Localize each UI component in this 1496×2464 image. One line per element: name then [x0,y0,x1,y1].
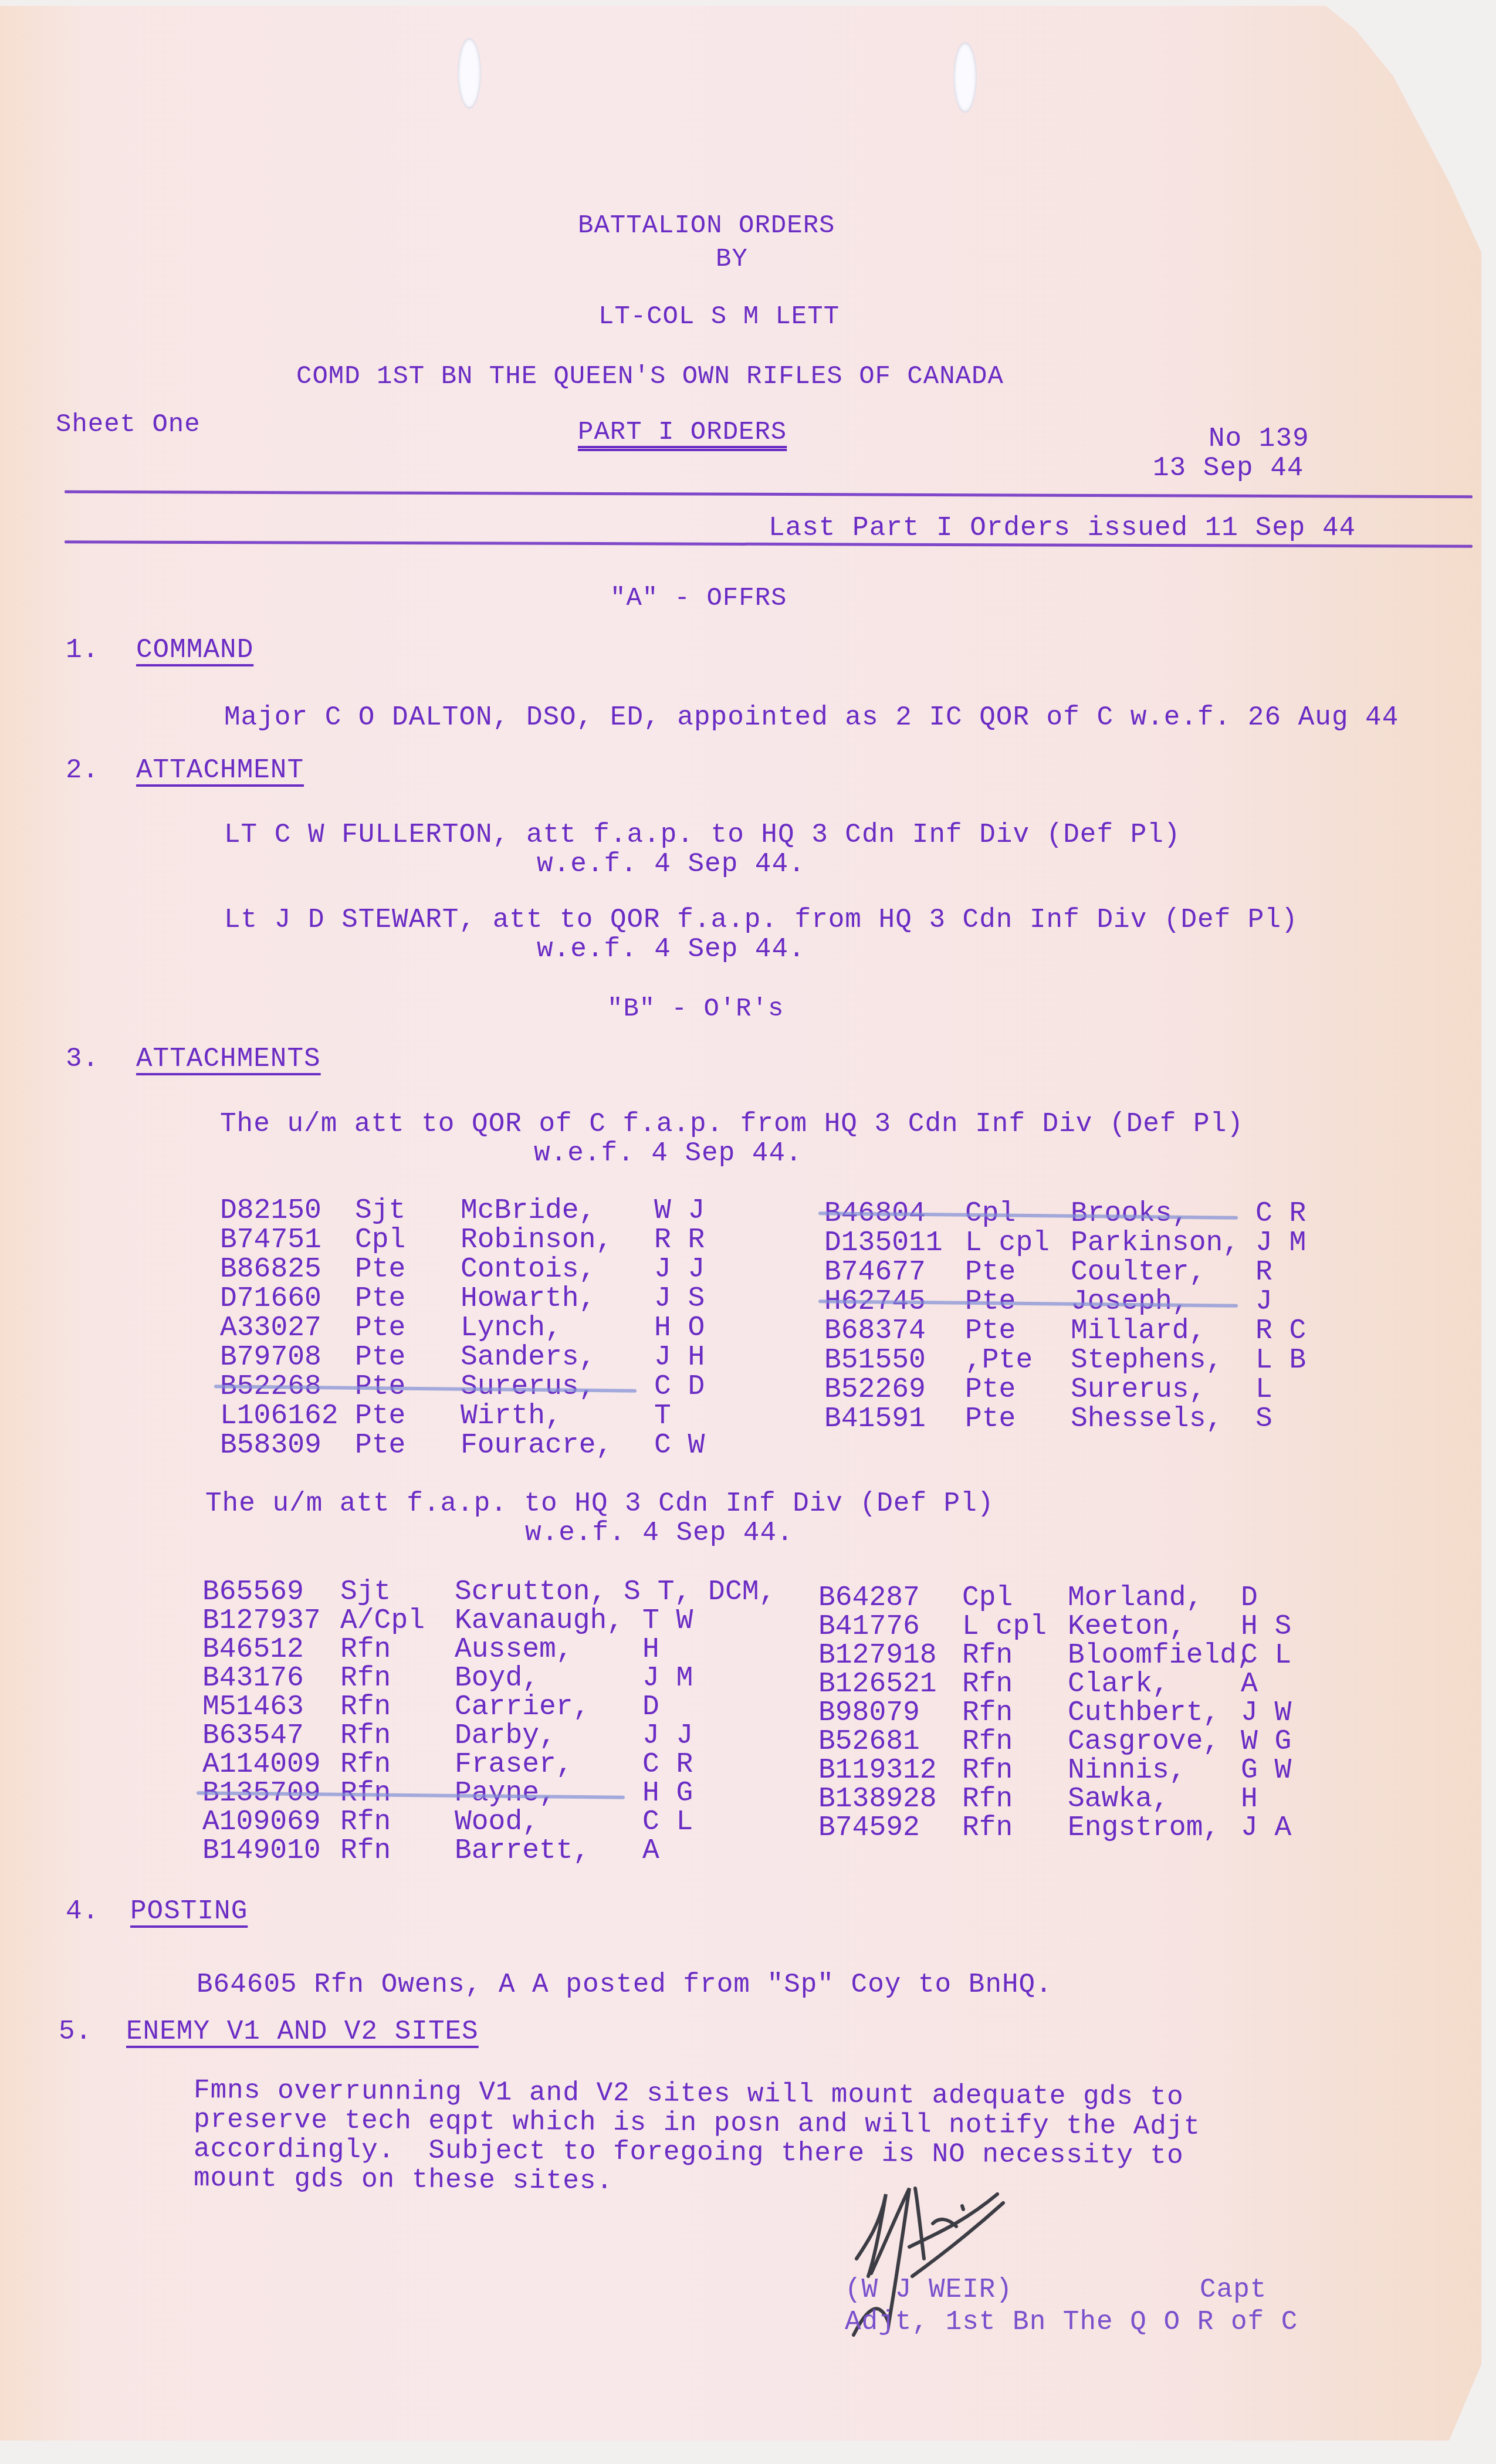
signatory-appointment: Adjt, 1st Bn The Q O R of C [845,2309,1298,2336]
attachment-entry-line2: w.e.f. 4 Sep 44. [537,851,805,878]
initials: H G [642,1779,693,1808]
initials: A [642,1837,659,1865]
service-number: B74751 [220,1226,321,1254]
rank: A/Cpl [340,1607,425,1635]
item-title-v-sites: ENEMY V1 AND V2 SITES [126,2018,479,2045]
rank: L cpl [962,1613,1047,1641]
service-number: B86825 [220,1255,321,1284]
item-number: 3. [66,1045,99,1072]
surname: Darby, [455,1722,556,1750]
rank: Pte [355,1285,405,1313]
rank: Pte [355,1255,405,1284]
service-number: L106162 [220,1402,339,1430]
sheet-label: Sheet One [56,412,201,438]
rank: ,Pte [965,1346,1033,1375]
surname: Stephens, [1071,1346,1223,1375]
commander-name: LT-COL S M LETT [598,304,840,330]
order-date: 13 Sep 44 [1153,455,1304,482]
initials: L [1255,1376,1272,1404]
service-number: B74677 [824,1258,926,1287]
rank: Rfn [340,1751,391,1779]
service-number: B149010 [202,1837,321,1865]
group2-intro: The u/m att f.a.p. to HQ 3 Cdn Inf Div (… [205,1490,994,1517]
surname: Parkinson, [1071,1229,1240,1257]
surname: Carrier, [455,1693,590,1721]
initials: T W [642,1607,693,1635]
service-number: B41591 [824,1405,926,1433]
rank: Pte [965,1376,1016,1404]
initials: C R [1255,1200,1306,1228]
service-number: B43176 [202,1664,304,1693]
section-a-heading: "A" - OFFRS [610,585,787,611]
rank: Cpl [962,1584,1013,1612]
rank: Rfn [340,1664,391,1693]
attachment-entry-line1: Lt J D STEWART, att to QOR f.a.p. from H… [224,906,1298,933]
rank: Rfn [962,1670,1013,1698]
rank: Rfn [340,1837,391,1865]
initials: J H [654,1343,705,1372]
surname: Cuthbert, [1068,1699,1220,1727]
surname: Lynch, [461,1314,562,1342]
rank: Rfn [340,1808,391,1836]
initials: W J [654,1197,705,1225]
initials: J A [1241,1814,1291,1842]
item-number: 5. [59,2018,92,2045]
surname: Clark, [1068,1670,1169,1698]
rank: Pte [355,1402,405,1430]
service-number: B74592 [818,1814,920,1842]
order-number: No 139 [1209,425,1309,452]
rank: Rfn [962,1641,1013,1670]
surname: Fouracre, [461,1431,612,1460]
section-b-heading: "B" - O'R's [607,996,784,1022]
initials: D [642,1693,659,1721]
service-number: B52681 [818,1728,920,1756]
surname: Aussem, [455,1636,573,1664]
initials: R [1255,1258,1272,1287]
signatory-name: (W J WEIR) [845,2276,1013,2303]
rank: Pte [355,1431,405,1460]
initials: H [642,1636,659,1664]
command-text: Major C O DALTON, DSO, ED, appointed as … [224,704,1399,731]
group1-intro-date: w.e.f. 4 Sep 44. [534,1140,803,1167]
initials: R C [1255,1317,1306,1345]
initials: H S [1241,1613,1291,1641]
surname: Joseph, [1071,1288,1189,1316]
initials: C L [1241,1641,1291,1670]
item-number: 2. [66,757,99,784]
rank: Rfn [340,1636,391,1664]
initials: G W [1241,1756,1291,1785]
initials: C W [654,1431,705,1460]
surname: Wood, [455,1808,539,1836]
item-title-posting: POSTING [130,1898,248,1925]
initials: C D [654,1373,705,1401]
item-title-attachments: ATTACHMENTS [136,1045,321,1072]
service-number: A109069 [202,1808,321,1836]
group2-intro-date: w.e.f. 4 Sep 44. [525,1519,794,1546]
rank: Pte [965,1317,1016,1345]
surname: Fraser, [455,1751,573,1779]
rank: Sjt [355,1197,405,1225]
service-number: B126521 [818,1670,937,1698]
rank: Rfn [962,1728,1013,1756]
service-number: D82150 [220,1197,321,1225]
surname: Kavanaugh, [455,1607,624,1635]
initials: T [654,1402,671,1430]
surname: Engstrom, [1068,1814,1220,1842]
rank: Pte [965,1405,1016,1433]
initials: J S [654,1285,705,1313]
service-number: B65569 [202,1578,304,1606]
surname: Scrutton, S T, DCM, [455,1578,776,1606]
service-number: B46512 [202,1636,304,1664]
surname: Barrett, [455,1837,590,1865]
rank: Cpl [355,1226,405,1254]
rank: Rfn [962,1699,1013,1727]
initials: D [1241,1584,1258,1612]
service-number: D71660 [220,1285,321,1313]
rank: Rfn [340,1722,391,1750]
v-sites-line: mount gds on these sites. [194,2165,613,2195]
service-number: D135011 [824,1229,943,1257]
attachment-entry-line1: LT C W FULLERTON, att f.a.p. to HQ 3 Cdn… [224,821,1180,848]
surname: Robinson, [461,1226,612,1254]
service-number: B98079 [818,1699,920,1727]
initials: J M [1255,1229,1306,1257]
initials: J M [642,1664,693,1693]
initials: W G [1241,1728,1291,1756]
service-number: B63547 [202,1722,304,1750]
surname: Coulter, [1071,1258,1206,1287]
initials: L B [1255,1346,1306,1375]
service-number: B52269 [824,1376,926,1404]
surname: Wirth, [461,1402,562,1430]
service-number: B51550 [824,1346,926,1375]
service-number: B79708 [220,1343,321,1372]
service-number: B127918 [818,1641,937,1670]
signatory-rank: Capt [1200,2276,1267,2303]
posting-text: B64605 Rfn Owens, A A posted from "Sp" C… [197,1971,1052,1998]
surname: Millard, [1071,1317,1206,1345]
surname: Howarth, [461,1285,595,1313]
punch-hole [458,38,481,109]
service-number: B138928 [818,1785,937,1813]
surname: Ninnis, [1068,1756,1186,1785]
service-number: A33027 [220,1314,321,1342]
service-number: B64287 [818,1584,920,1612]
surname: Keeton, [1068,1613,1186,1641]
service-number: B68374 [824,1317,926,1345]
initials: H O [654,1314,705,1342]
initials: J W [1241,1699,1291,1727]
service-number: B41776 [818,1613,920,1641]
initials: H [1241,1785,1258,1813]
surname: McBride, [461,1197,595,1225]
orders-title: BATTALION ORDERS [578,213,835,239]
initials: J [1255,1288,1272,1316]
rank: Sjt [340,1578,391,1606]
initials: R R [654,1226,705,1254]
surname: Contois, [461,1255,595,1284]
surname: Sawka, [1068,1785,1169,1813]
rank: Pte [965,1258,1016,1287]
rank: L cpl [965,1229,1050,1257]
group1-intro: The u/m att to QOR of C f.a.p. from HQ 3… [220,1111,1244,1138]
rank: Rfn [962,1814,1013,1842]
unit-name: COMD 1ST BN THE QUEEN'S OWN RIFLES OF CA… [296,364,1004,390]
initials: S [1255,1405,1272,1433]
surname: Brooks, [1071,1200,1189,1228]
rank: Pte [355,1314,405,1342]
orders-by: BY [716,246,748,272]
part-heading: PART I ORDERS [578,419,787,445]
rank: Pte [355,1343,405,1372]
service-number: B58309 [220,1431,321,1460]
rank: Rfn [340,1693,391,1721]
surname: Boyd, [455,1664,539,1693]
punch-hole [953,42,977,113]
rank: Rfn [962,1756,1013,1785]
service-number: B119312 [818,1756,937,1785]
service-number: B127937 [202,1607,321,1635]
surname: Surerus, [1071,1376,1206,1404]
initials: J J [642,1722,693,1750]
initials: C R [642,1751,693,1779]
rank: Rfn [962,1785,1013,1813]
surname: Bloomfield, [1068,1641,1254,1670]
item-title-command: COMMAND [136,637,253,664]
service-number: M51463 [202,1693,304,1721]
surname: Sanders, [461,1343,595,1372]
attachment-entry-line2: w.e.f. 4 Sep 44. [537,936,805,963]
initials: J J [654,1255,705,1284]
item-title-attachment: ATTACHMENT [136,757,304,784]
surname: Morland, [1068,1584,1203,1612]
last-orders-note: Last Part I Orders issued 11 Sep 44 [769,515,1356,541]
surname: Payne, [455,1779,556,1808]
surname: Casgrove, [1068,1728,1220,1756]
surname: Shessels, [1071,1405,1223,1433]
service-number: A114009 [202,1751,321,1779]
item-number: 1. [66,637,99,664]
initials: C L [642,1808,693,1836]
initials: A [1241,1670,1258,1698]
item-number: 4. [66,1898,99,1925]
